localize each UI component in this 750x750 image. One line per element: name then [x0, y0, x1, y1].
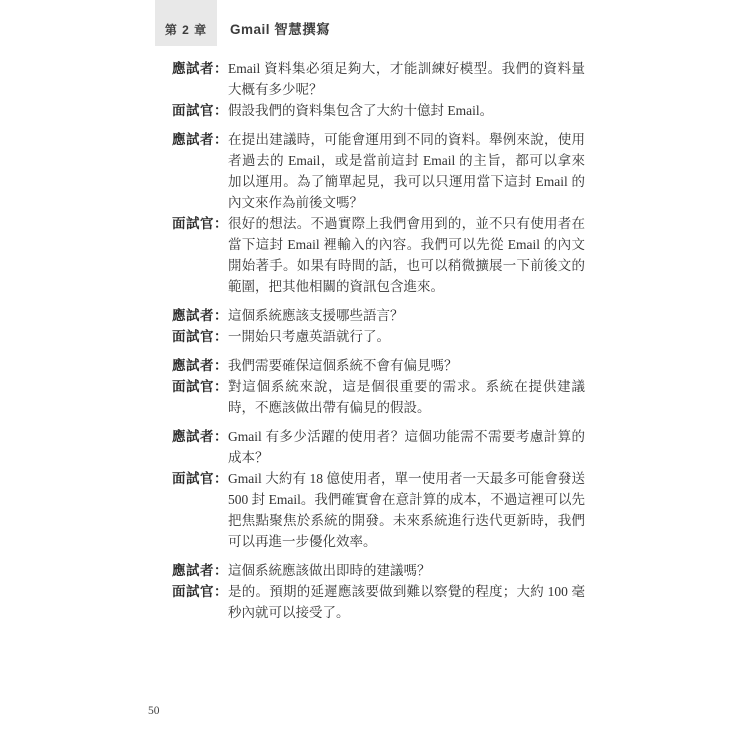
dialogue-turn-answer: 面試官： 假設我們的資料集包含了大約十億封 Email。: [172, 100, 586, 121]
dialogue-turn-question: 應試者： 在提出建議時，可能會運用到不同的資料。舉例來說，使用者過去的 Emai…: [172, 129, 586, 213]
speech-text: Gmail 大約有 18 億使用者，單一使用者一天最多可能會發送 500 封 E…: [228, 468, 585, 552]
speech-text: Gmail 有多少活躍的使用者？這個功能需不需要考慮計算的成本？: [228, 426, 585, 468]
speaker-label-candidate: 應試者：: [172, 560, 228, 581]
speech-text: 對這個系統來說，這是個很重要的需求。系統在提供建議時，不應該做出帶有偏見的假設。: [228, 376, 585, 418]
dialogue-content: 應試者： Email 資料集必須足夠大，才能訓練好模型。我們的資料量大概有多少呢…: [172, 58, 586, 631]
qa-pair: 應試者： 這個系統應該做出即時的建議嗎？ 面試官： 是的。預期的延遲應該要做到難…: [172, 560, 586, 623]
speech-text: 這個系統應該做出即時的建議嗎？: [228, 560, 585, 581]
speaker-label-candidate: 應試者：: [172, 129, 228, 150]
dialogue-turn-question: 應試者： 這個系統應該做出即時的建議嗎？: [172, 560, 586, 581]
dialogue-turn-question: 應試者： Email 資料集必須足夠大，才能訓練好模型。我們的資料量大概有多少呢…: [172, 58, 586, 100]
qa-pair: 應試者： Gmail 有多少活躍的使用者？這個功能需不需要考慮計算的成本？ 面試…: [172, 426, 586, 552]
running-header: 第 2 章 Gmail 智慧撰寫: [155, 0, 330, 46]
speaker-label-interviewer: 面試官：: [172, 213, 228, 234]
speaker-label-candidate: 應試者：: [172, 426, 228, 447]
speaker-label-candidate: 應試者：: [172, 58, 228, 79]
qa-pair: 應試者： 我們需要確保這個系統不會有偏見嗎？ 面試官： 對這個系統來說，這是個很…: [172, 355, 586, 418]
dialogue-turn-answer: 面試官： 是的。預期的延遲應該要做到難以察覺的程度；大約 100 毫秒內就可以接…: [172, 581, 586, 623]
chapter-number-box: 第 2 章: [155, 0, 217, 46]
speech-text: 一開始只考慮英語就行了。: [228, 326, 585, 347]
speaker-label-candidate: 應試者：: [172, 355, 228, 376]
speaker-label-interviewer: 面試官：: [172, 581, 228, 602]
speech-text: 這個系統應該支援哪些語言？: [228, 305, 585, 326]
book-page: 第 2 章 Gmail 智慧撰寫 應試者： Email 資料集必須足夠大，才能訓…: [0, 0, 750, 750]
speech-text: 是的。預期的延遲應該要做到難以察覺的程度；大約 100 毫秒內就可以接受了。: [228, 581, 585, 623]
speech-text: 在提出建議時，可能會運用到不同的資料。舉例來說，使用者過去的 Email，或是當…: [228, 129, 585, 213]
page-number: 50: [148, 705, 160, 717]
chapter-number-label: 第 2 章: [165, 21, 207, 38]
dialogue-turn-answer: 面試官： Gmail 大約有 18 億使用者，單一使用者一天最多可能會發送 50…: [172, 468, 586, 552]
speaker-label-interviewer: 面試官：: [172, 468, 228, 489]
speech-text: 很好的想法。不過實際上我們會用到的，並不只有使用者在當下這封 Email 裡輸入…: [228, 213, 585, 297]
speech-text: Email 資料集必須足夠大，才能訓練好模型。我們的資料量大概有多少呢？: [228, 58, 585, 100]
dialogue-turn-answer: 面試官： 對這個系統來說，這是個很重要的需求。系統在提供建議時，不應該做出帶有偏…: [172, 376, 586, 418]
qa-pair: 應試者： Email 資料集必須足夠大，才能訓練好模型。我們的資料量大概有多少呢…: [172, 58, 586, 121]
speaker-label-interviewer: 面試官：: [172, 326, 228, 347]
speech-text: 我們需要確保這個系統不會有偏見嗎？: [228, 355, 585, 376]
dialogue-turn-answer: 面試官： 一開始只考慮英語就行了。: [172, 326, 586, 347]
dialogue-turn-question: 應試者： Gmail 有多少活躍的使用者？這個功能需不需要考慮計算的成本？: [172, 426, 586, 468]
qa-pair: 應試者： 這個系統應該支援哪些語言？ 面試官： 一開始只考慮英語就行了。: [172, 305, 586, 347]
speaker-label-interviewer: 面試官：: [172, 376, 228, 397]
dialogue-turn-answer: 面試官： 很好的想法。不過實際上我們會用到的，並不只有使用者在當下這封 Emai…: [172, 213, 586, 297]
dialogue-turn-question: 應試者： 我們需要確保這個系統不會有偏見嗎？: [172, 355, 586, 376]
speaker-label-interviewer: 面試官：: [172, 100, 228, 121]
dialogue-turn-question: 應試者： 這個系統應該支援哪些語言？: [172, 305, 586, 326]
qa-pair: 應試者： 在提出建議時，可能會運用到不同的資料。舉例來說，使用者過去的 Emai…: [172, 129, 586, 297]
chapter-title: Gmail 智慧撰寫: [230, 18, 330, 46]
speaker-label-candidate: 應試者：: [172, 305, 228, 326]
speech-text: 假設我們的資料集包含了大約十億封 Email。: [228, 100, 585, 121]
